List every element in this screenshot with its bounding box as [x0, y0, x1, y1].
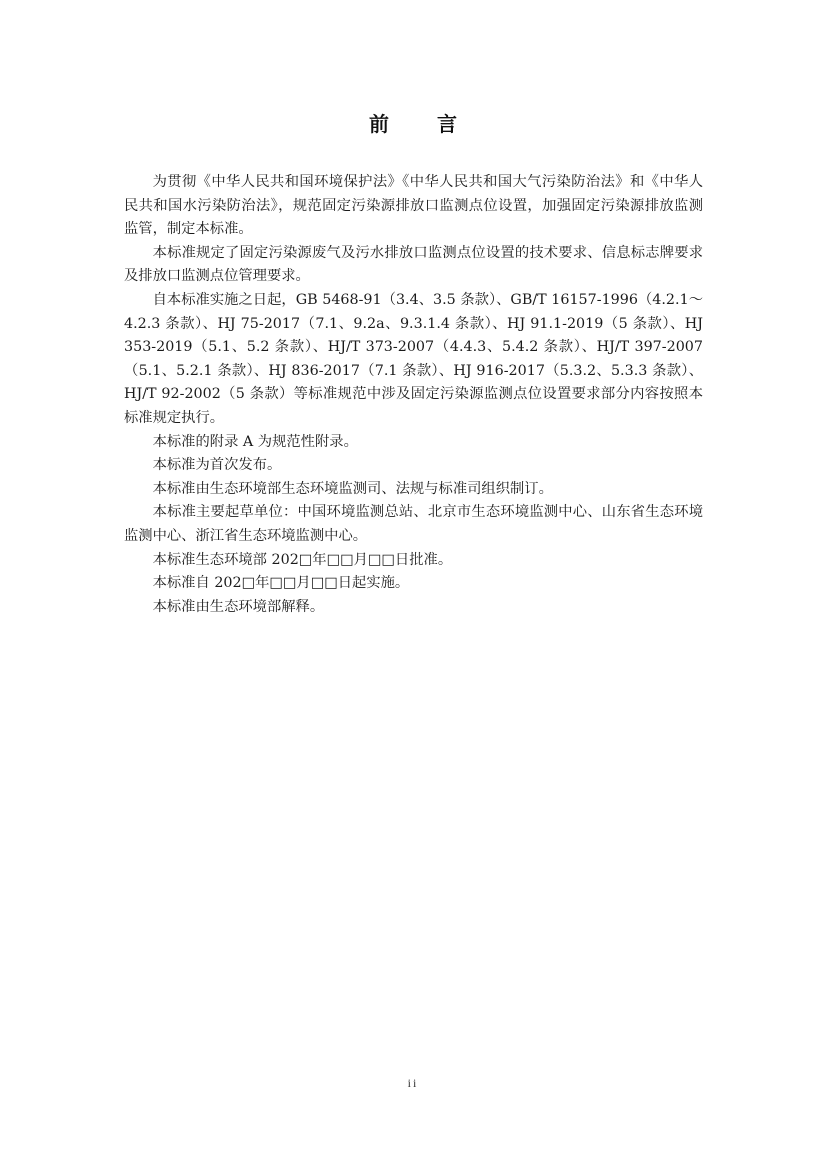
title-char-1: 前: [369, 108, 389, 137]
paragraph-approval: 本标准生态环境部 202□年□□月□□日批准。: [124, 549, 703, 573]
paragraph-drafters: 本标准主要起草单位：中国环境监测总站、北京市生态环境监测中心、山东省生态环境监测…: [124, 501, 703, 548]
paragraph-purpose: 为贯彻《中华人民共和国环境保护法》《中华人民共和国大气污染防治法》和《中华人民共…: [124, 171, 703, 242]
page-title: 前言: [0, 108, 826, 137]
title-char-2: 言: [437, 108, 457, 137]
page-number: ii: [0, 1076, 826, 1091]
paragraph-organizer: 本标准由生态环境部生态环境监测司、法规与标准司组织制订。: [124, 478, 703, 502]
paragraph-first-release: 本标准为首次发布。: [124, 454, 703, 478]
paragraph-interpretation: 本标准由生态环境部解释。: [124, 596, 703, 620]
document-body: 为贯彻《中华人民共和国环境保护法》《中华人民共和国大气污染防治法》和《中华人民共…: [124, 171, 703, 619]
paragraph-replacement: 自本标准实施之日起，GB 5468-91（3.4、3.5 条款）、GB/T 16…: [124, 289, 703, 431]
paragraph-scope: 本标准规定了固定污染源废气及污水排放口监测点位设置的技术要求、信息标志牌要求及排…: [124, 242, 703, 289]
paragraph-effective: 本标准自 202□年□□月□□日起实施。: [124, 572, 703, 596]
document-page: 前言 为贯彻《中华人民共和国环境保护法》《中华人民共和国大气污染防治法》和《中华…: [0, 0, 826, 1169]
paragraph-appendix: 本标准的附录 A 为规范性附录。: [124, 431, 703, 455]
